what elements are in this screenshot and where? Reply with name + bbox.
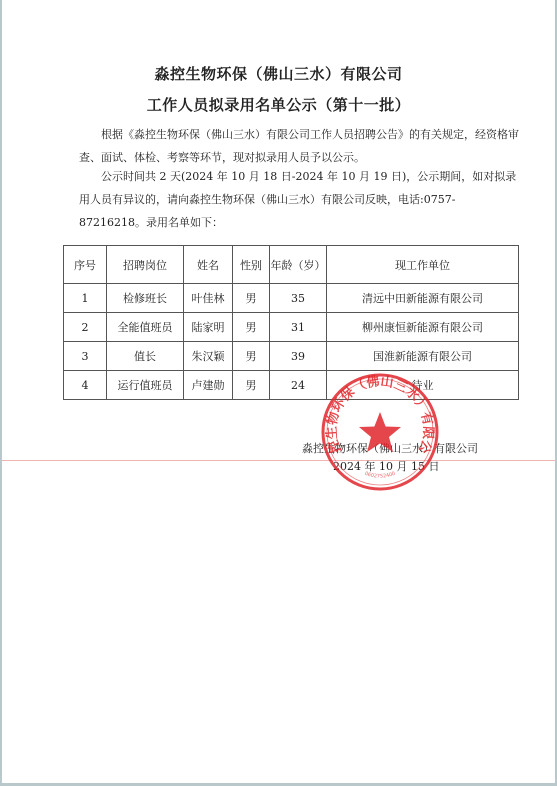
table-row: 4 运行值班员 卢建勋 男 24 待业 [64, 371, 519, 400]
candidate-table: 序号 招聘岗位 姓名 性别 年龄（岁） 现工作单位 1 检修班长 叶佳林 男 3… [63, 245, 519, 400]
cell-index: 4 [64, 371, 107, 400]
cell-employer: 待业 [327, 371, 519, 400]
cell-name: 叶佳林 [184, 284, 233, 313]
cell-index: 2 [64, 313, 107, 342]
header-gender: 性别 [233, 246, 270, 284]
paragraph-regulations: 根据《淼控生物环保（佛山三水）有限公司工作人员招聘公告》的有关规定，经资格审查、… [79, 123, 519, 169]
header-employer: 现工作单位 [327, 246, 519, 284]
cell-position: 检修班长 [107, 284, 184, 313]
signature-company: 淼控生物环保（佛山三水）有限公司 [302, 440, 478, 456]
header-age: 年龄（岁） [270, 246, 327, 284]
header-index: 序号 [64, 246, 107, 284]
cell-gender: 男 [233, 313, 270, 342]
cell-age: 35 [270, 284, 327, 313]
table-row: 3 值长 朱汉颖 男 39 国淮新能源有限公司 [64, 342, 519, 371]
cell-position: 值长 [107, 342, 184, 371]
cell-index: 3 [64, 342, 107, 371]
cell-employer: 国淮新能源有限公司 [327, 342, 519, 371]
table-header-row: 序号 招聘岗位 姓名 性别 年龄（岁） 现工作单位 [64, 246, 519, 284]
cell-age: 39 [270, 342, 327, 371]
cell-position: 全能值班员 [107, 313, 184, 342]
page-divider-line [2, 460, 555, 461]
document-title-notice: 工作人员拟录用名单公示（第十一批） [0, 94, 557, 115]
cell-gender: 男 [233, 342, 270, 371]
cell-gender: 男 [233, 371, 270, 400]
document-title-company: 淼控生物环保（佛山三水）有限公司 [0, 63, 557, 84]
header-name: 姓名 [184, 246, 233, 284]
paragraph-regulations-text: 根据《淼控生物环保（佛山三水）有限公司工作人员招聘公告》的有关规定，经资格审查、… [79, 128, 519, 164]
table-row: 2 全能值班员 陆家明 男 31 柳州康恒新能源有限公司 [64, 313, 519, 342]
cell-name: 朱汉颖 [184, 342, 233, 371]
cell-name: 卢建勋 [184, 371, 233, 400]
signature-date: 2024 年 10 月 15 日 [333, 458, 439, 474]
paragraph-period: 公示时间共 2 天(2024 年 10 月 18 日-2024 年 10 月 1… [79, 165, 519, 234]
cell-name: 陆家明 [184, 313, 233, 342]
cell-gender: 男 [233, 284, 270, 313]
cell-age: 24 [270, 371, 327, 400]
cell-employer: 柳州康恒新能源有限公司 [327, 313, 519, 342]
header-position: 招聘岗位 [107, 246, 184, 284]
cell-position: 运行值班员 [107, 371, 184, 400]
cell-age: 31 [270, 313, 327, 342]
cell-index: 1 [64, 284, 107, 313]
table-row: 1 检修班长 叶佳林 男 35 清远中田新能源有限公司 [64, 284, 519, 313]
cell-employer: 清远中田新能源有限公司 [327, 284, 519, 313]
paragraph-period-text: 公示时间共 2 天(2024 年 10 月 18 日-2024 年 10 月 1… [79, 170, 516, 229]
